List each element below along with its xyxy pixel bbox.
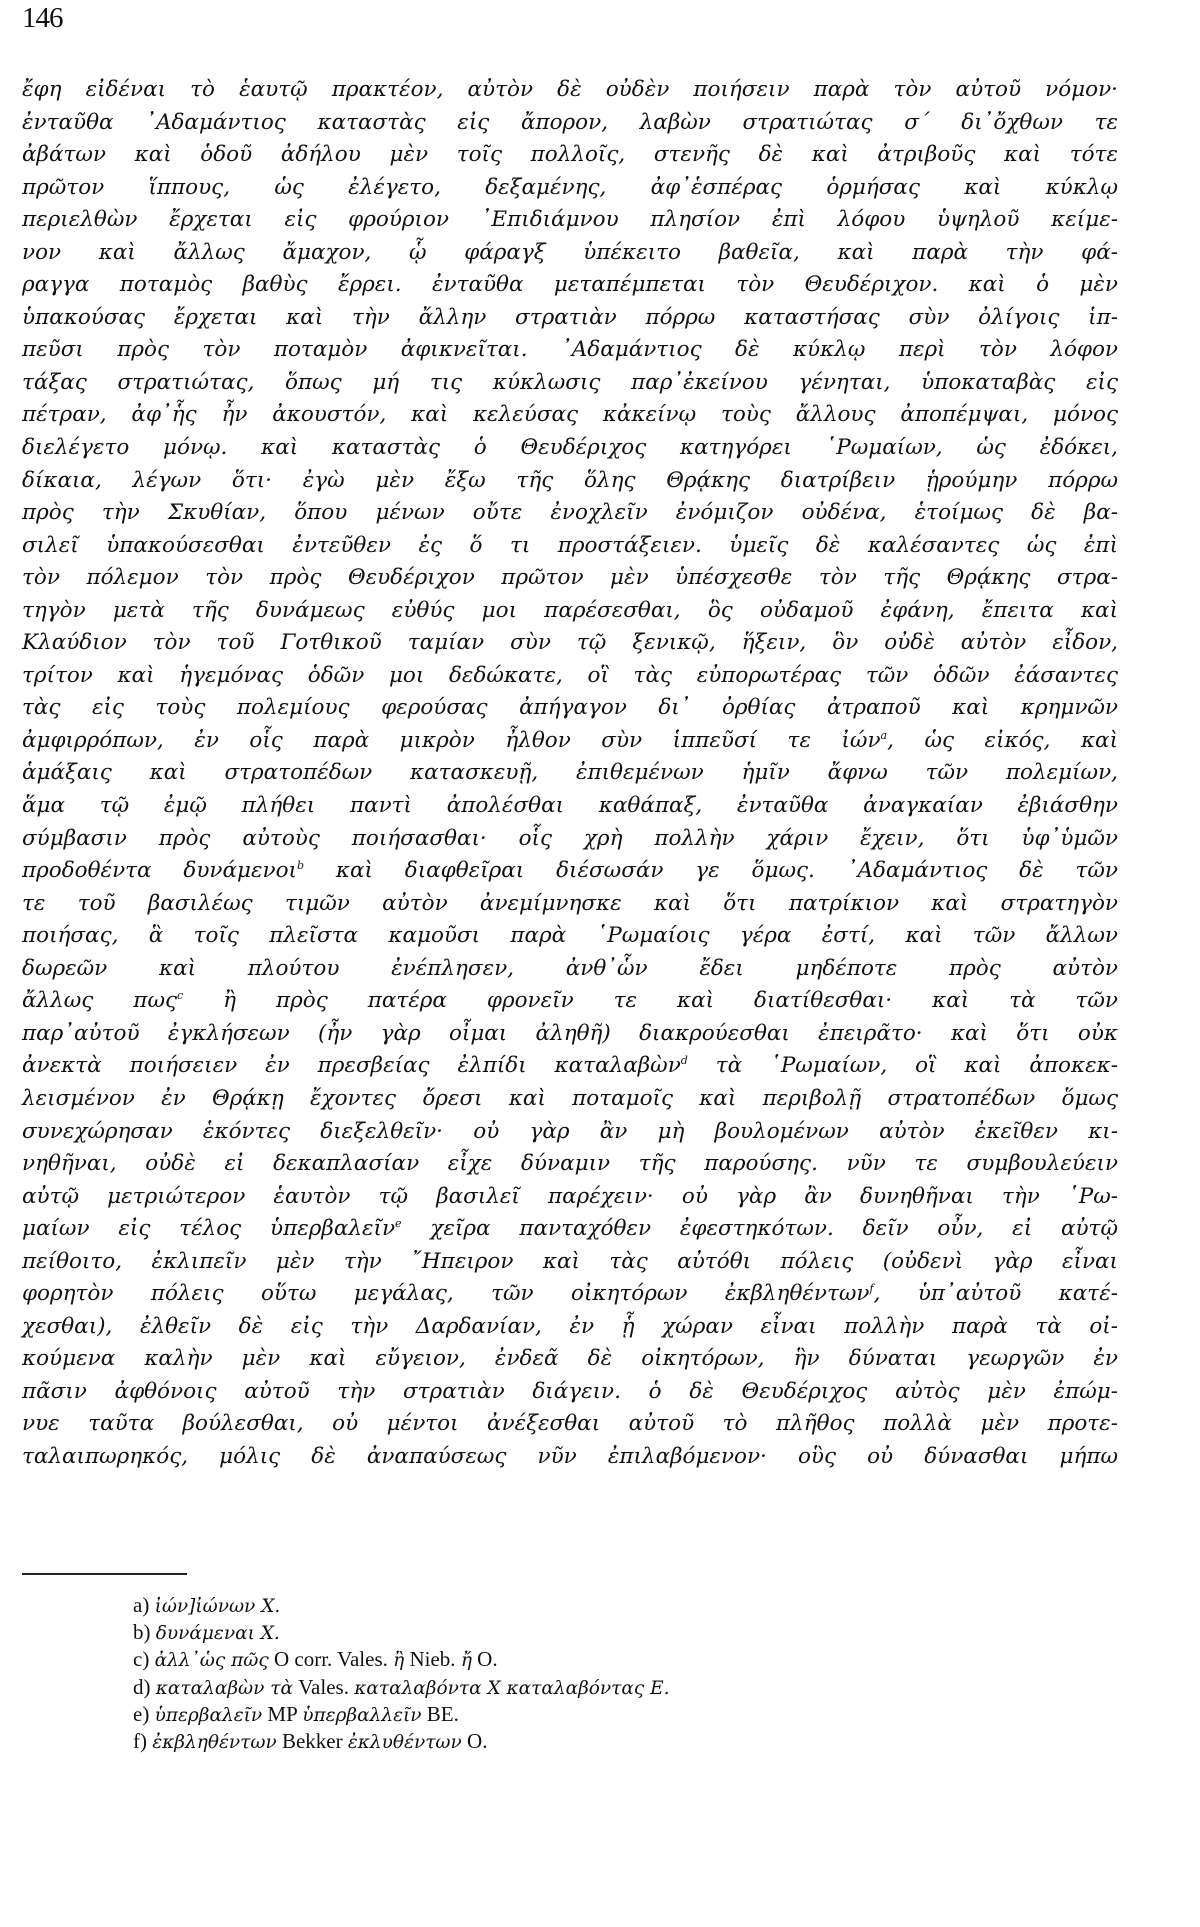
footnote-item: a) ἰών]ἰώνων X. bbox=[133, 1592, 670, 1619]
footnote-label: e) bbox=[133, 1702, 155, 1726]
footnote-source-text: O. bbox=[472, 1647, 498, 1671]
footnote-marker: e bbox=[395, 1217, 402, 1230]
footnote-greek-reading: ἢ bbox=[393, 1650, 404, 1671]
apparatus-footnotes: a) ἰών]ἰώνων X.b) δυνάμεναι X.c) ἀλλ᾿ὡς … bbox=[133, 1592, 670, 1755]
text-line: νηθῆναι, οὐδὲ εἰ δεκαπλασίαν εἶχε δύναμι… bbox=[22, 1148, 1118, 1181]
text-line: χεσθαι), ἐλθεῖν δὲ εἰς τὴν Δαρδανίαν, ἐν… bbox=[22, 1311, 1118, 1344]
footnote-source-text: MP bbox=[262, 1702, 302, 1726]
text-line: ποιήσας, ἃ τοῖς πλεῖστα καμοῦσι παρὰ ῾Ρω… bbox=[22, 920, 1118, 953]
footnote-label: b) bbox=[133, 1620, 156, 1644]
footnote-greek-reading: ἰών]ἰώνων bbox=[155, 1596, 256, 1617]
text-line: ἁμάξαις καὶ στρατοπέδων κατασκευῇ, ἐπιθε… bbox=[22, 757, 1118, 790]
footnote-label: a) bbox=[133, 1593, 155, 1617]
text-line: αὐτῷ μετριώτερον ἑαυτὸν τῷ βασιλεῖ παρέχ… bbox=[22, 1181, 1118, 1214]
text-line: τρίτον καὶ ἡγεμόνας ὁδῶν μοι δεδώκατε, ο… bbox=[22, 660, 1118, 693]
text-line: πείθοιτο, ἐκλιπεῖν μὲν τὴν ῎Ηπειρον καὶ … bbox=[22, 1246, 1118, 1279]
text-line: ὑπακούσας ἔρχεται καὶ τὴν ἄλλην στρατιὰν… bbox=[22, 302, 1118, 335]
text-line: λεισμένον ἐν Θρᾴκῃ ἔχοντες ὄρεσι καὶ ποτ… bbox=[22, 1083, 1118, 1116]
text-line: τηγὸν μετὰ τῆς δυνάμεως εὐθύς μοι παρέσε… bbox=[22, 595, 1118, 628]
footnote-source-text: O corr. Vales. bbox=[269, 1647, 393, 1671]
footnote-item: b) δυνάμεναι X. bbox=[133, 1619, 670, 1646]
text-line: πεῦσι πρὸς τὸν ποταμὸν ἀφικνεῖται. ᾿Αδαμ… bbox=[22, 334, 1118, 367]
footnote-item: d) καταλαβὼν τὰ Vales. καταλαβόντα X κατ… bbox=[133, 1674, 670, 1701]
footnote-item: e) ὑπερβαλεῖν MP ὑπερβαλλεῖν BE. bbox=[133, 1701, 670, 1728]
text-line: νυε ταῦτα βούλεσθαι, οὐ μέντοι ἀνέξεσθαι… bbox=[22, 1408, 1118, 1441]
footnote-greek-reading: καταλαβόντα X καταλαβόντας E. bbox=[354, 1678, 669, 1699]
footnote-greek-reading: ἐκβληθέντων bbox=[152, 1732, 276, 1753]
text-line: διελέγετο μόνῳ. καὶ καταστὰς ὁ Θευδέριχο… bbox=[22, 432, 1118, 465]
footnote-marker: d bbox=[681, 1054, 688, 1067]
text-line: ραγγα ποταμὸς βαθὺς ἔρρει. ἐνταῦθα μεταπ… bbox=[22, 269, 1118, 302]
footnote-greek-reading: δυνάμεναι X. bbox=[156, 1623, 280, 1644]
text-line: ἀβάτων καὶ ὁδοῦ ἀδήλου μὲν τοῖς πολλοῖς,… bbox=[22, 139, 1118, 172]
text-line: συνεχώρησαν ἑκόντες διεξελθεῖν· οὐ γὰρ ἂ… bbox=[22, 1116, 1118, 1149]
text-line: νον καὶ ἄλλως ἄμαχον, ᾧ φάραγξ ὑπέκειτο … bbox=[22, 237, 1118, 270]
text-line: πρῶτον ἵππους, ὡς ἐλέγετο, δεξαμένης, ἀφ… bbox=[22, 172, 1118, 205]
text-line: προδοθέντα δυνάμενοιb καὶ διαφθεῖραι διέ… bbox=[22, 855, 1118, 888]
text-line: μαίων εἰς τέλος ὑπερβαλεῖνe χεῖρα πανταχ… bbox=[22, 1213, 1118, 1246]
footnote-greek-reading: ἐκλυθέντων bbox=[348, 1732, 462, 1753]
footnote-item: f) ἐκβληθέντων Bekker ἐκλυθέντων O. bbox=[133, 1728, 670, 1755]
text-line: ἀμφιρρόπων, ἐν οἷς παρὰ μικρὸν ἦλθον σὺν… bbox=[22, 725, 1118, 758]
page-number: 146 bbox=[22, 2, 63, 35]
text-line: περιελθὼν ἔρχεται εἰς φρούριον ᾿Επιδιάμν… bbox=[22, 204, 1118, 237]
footnote-label: d) bbox=[133, 1675, 156, 1699]
main-text-body: ἔφη εἰδέναι τὸ ἑαυτῷ πρακτέον, αὐτὸν δὲ … bbox=[22, 74, 1118, 1474]
text-line: πᾶσιν ἀφθόνοις αὐτοῦ τὴν στρατιὰν διάγει… bbox=[22, 1376, 1118, 1409]
text-line: φορητὸν πόλεις οὕτω μεγάλας, τῶν οἰκητόρ… bbox=[22, 1278, 1118, 1311]
text-line: τὸν πόλεμον τὸν πρὸς Θευδέριχον πρῶτον μ… bbox=[22, 562, 1118, 595]
text-line: ἅμα τῷ ἐμῷ πλήθει παντὶ ἀπολέσθαι καθάπα… bbox=[22, 790, 1118, 823]
footnote-source-text: O. bbox=[462, 1729, 488, 1753]
text-line: ταλαιπωρηκός, μόλις δὲ ἀναπαύσεως νῦν ἐπ… bbox=[22, 1441, 1118, 1474]
footnote-greek-reading: καταλαβὼν τὰ bbox=[156, 1678, 293, 1699]
text-line: πέτραν, ἀφ᾿ἧς ἦν ἀκουστόν, καὶ κελεύσας … bbox=[22, 399, 1118, 432]
text-line: ἀνεκτὰ ποιήσειεν ἐν πρεσβείας ἐλπίδι κατ… bbox=[22, 1050, 1118, 1083]
footnote-greek-reading: X. bbox=[255, 1596, 280, 1617]
text-line: σύμβασιν πρὸς αὐτοὺς ποιήσασθαι· οἷς χρὴ… bbox=[22, 823, 1118, 856]
text-line: παρ᾿αὐτοῦ ἐγκλήσεων (ἦν γὰρ οἶμαι ἀληθῆ)… bbox=[22, 1018, 1118, 1051]
footnote-item: c) ἀλλ᾿ὡς πῶς O corr. Vales. ἢ Nieb. ἤ O… bbox=[133, 1646, 670, 1673]
text-line: κούμενα καλὴν μὲν καὶ εὔγειον, ἐνδεᾶ δὲ … bbox=[22, 1343, 1118, 1376]
footnote-source-text: Nieb. bbox=[404, 1647, 461, 1671]
footnote-label: f) bbox=[133, 1729, 152, 1753]
text-line: τάξας στρατιώτας, ὅπως μή τις κύκλωσις π… bbox=[22, 367, 1118, 400]
text-line: δίκαια, λέγων ὅτι· ἐγὼ μὲν ἔξω τῆς ὅλης … bbox=[22, 465, 1118, 498]
text-line: τε τοῦ βασιλέως τιμῶν αὐτὸν ἀνεμίμνησκε … bbox=[22, 888, 1118, 921]
text-line: σιλεῖ ὑπακούσεσθαι ἐντεῦθεν ἐς ὅ τι προσ… bbox=[22, 530, 1118, 563]
footnote-greek-reading: ὑπερβαλλεῖν bbox=[302, 1705, 421, 1726]
footnote-greek-reading: ἀλλ᾿ὡς πῶς bbox=[155, 1650, 269, 1671]
text-line: ἐνταῦθα ᾿Αδαμάντιος καταστὰς εἰς ἄπορον,… bbox=[22, 107, 1118, 140]
text-line: τὰς εἰς τοὺς πολεμίους φερούσας ἀπήγαγον… bbox=[22, 692, 1118, 725]
footnote-source-text: Vales. bbox=[293, 1675, 354, 1699]
footnote-marker: f bbox=[870, 1282, 874, 1295]
footnote-source-text: Bekker bbox=[277, 1729, 348, 1753]
footnote-divider bbox=[22, 1573, 187, 1575]
footnote-greek-reading: ἤ bbox=[461, 1650, 472, 1671]
footnote-marker: b bbox=[297, 859, 304, 872]
text-line: ἔφη εἰδέναι τὸ ἑαυτῷ πρακτέον, αὐτὸν δὲ … bbox=[22, 74, 1118, 107]
text-line: ἄλλως πωςc ἢ πρὸς πατέρα φρονεῖν τε καὶ … bbox=[22, 985, 1118, 1018]
text-line: Κλαύδιον τὸν τοῦ Γοτθικοῦ ταμίαν σὺν τῷ … bbox=[22, 627, 1118, 660]
footnote-label: c) bbox=[133, 1647, 155, 1671]
footnote-source-text: BE. bbox=[422, 1702, 459, 1726]
footnote-greek-reading: ὑπερβαλεῖν bbox=[155, 1705, 263, 1726]
text-line: δωρεῶν καὶ πλούτου ἐνέπλησεν, ἀνθ᾿ὧν ἔδε… bbox=[22, 953, 1118, 986]
text-line: πρὸς τὴν Σκυθίαν, ὅπου μένων οὔτε ἐνοχλε… bbox=[22, 497, 1118, 530]
footnote-marker: c bbox=[177, 989, 183, 1002]
footnote-marker: a bbox=[881, 729, 888, 742]
